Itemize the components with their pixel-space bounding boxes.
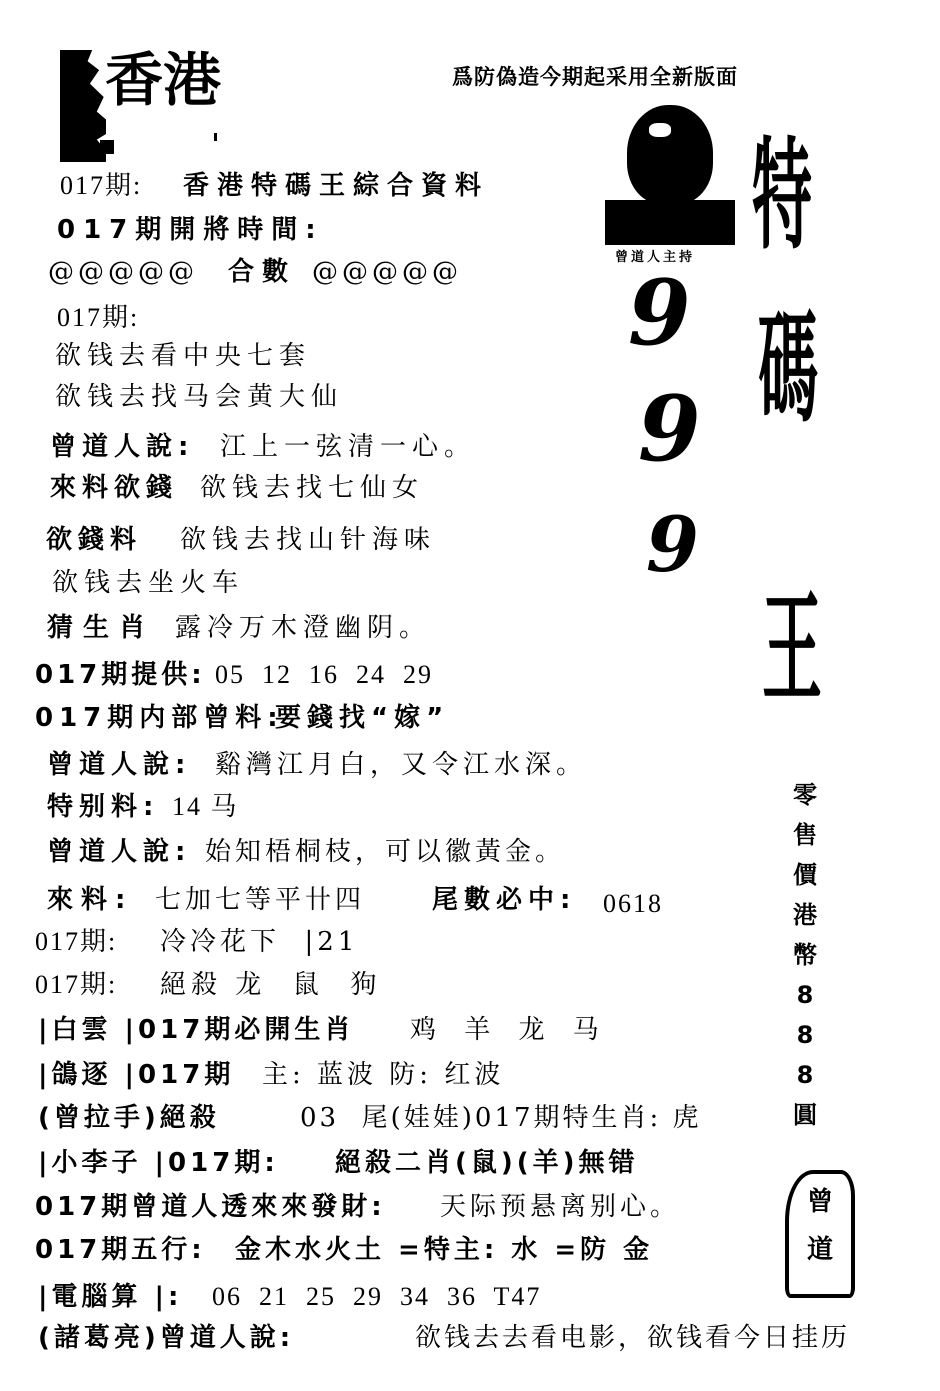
title-char-te: 特 [752, 132, 812, 262]
line-label: 017期開將時間: [57, 214, 324, 246]
line-label: 來料欲錢 [50, 472, 178, 504]
lucky-digit: 9 [638, 384, 701, 474]
price-char: 8 [790, 1015, 820, 1055]
line-text: 天际预悬离别心。 [440, 1191, 680, 1223]
line-label: 曾道人說: [50, 431, 194, 463]
lucky-digit: 9 [646, 500, 699, 590]
line-label: |電腦算 |: [38, 1281, 182, 1313]
portrait-image [605, 105, 735, 245]
line-label: |鴿逐 |017期 [38, 1059, 234, 1091]
line-label: 來料: [47, 884, 133, 916]
line-text: 冷冷花下 |21 [160, 926, 358, 958]
lucky-digit: 9 [628, 268, 691, 358]
price-char: 港 [790, 895, 820, 935]
title-char-ma: 碼 [758, 305, 818, 435]
line-label: |小李子 |017期: [38, 1147, 279, 1179]
line-text: 合數 [228, 256, 296, 288]
line-text: 主: 蓝波 防: 红波 [262, 1059, 504, 1091]
tail-number-label: 尾數必中: [432, 884, 576, 916]
price-char: 8 [790, 975, 820, 1015]
line-text: 金木水火土 =特主: 水 =防 金 [235, 1234, 653, 1266]
line-label: (曾拉手)絕殺 [38, 1102, 220, 1134]
line-text: 谿灣江月白，又令江水深。 [215, 749, 587, 781]
line-text: 露冷万木澄幽阴。 [175, 612, 431, 644]
line-text: 欲钱去找山针海味 [180, 524, 436, 556]
tail-number-value: 0618 [603, 888, 663, 920]
portrait-highlight [649, 123, 671, 137]
logo-title: 香港 [105, 48, 221, 112]
line-label: (諸葛亮)曾道人說: [38, 1322, 294, 1354]
line-label: 017期: [60, 170, 142, 202]
stamp-char: 曾 [789, 1182, 851, 1222]
logo-speck [214, 133, 217, 141]
price-char: 零 [790, 775, 820, 815]
line-text: 始知梧桐枝，可以徽黃金。 [205, 836, 565, 868]
price-char: 圓 [790, 1095, 820, 1135]
line-text: 香港特碼王綜合資料 [183, 170, 489, 202]
line-text: 欲钱去坐火车 [52, 567, 244, 599]
stamp-char: 道 [789, 1230, 851, 1270]
line-label: 017期: [35, 926, 117, 958]
line-text: 欲钱去看中央七套 [55, 340, 311, 372]
line-label: 曾道人說: [47, 749, 191, 781]
line-label: 017期: [35, 969, 117, 1001]
anti-counterfeit-notice: 爲防偽造今期起采用全新版面 [452, 64, 738, 90]
line-text: 欲钱去找七仙女 [200, 472, 424, 504]
line-text: 14 马 [172, 791, 239, 823]
line-text: 絕殺 龙 鼠 狗 [160, 969, 381, 1001]
line-label: 017期五行: [35, 1234, 206, 1266]
line-text: 江上一弦清一心。 [220, 431, 476, 463]
at-symbols: @@@@@ [312, 256, 462, 288]
line-label: 017期内部曾料: [35, 702, 284, 734]
line-text: 03 尾(娃娃)017期特生肖: 虎 [300, 1102, 702, 1134]
logo-speck [100, 140, 114, 154]
line-text: 欲钱去找马会黄大仙 [55, 381, 343, 413]
line-label: 欲錢料 [46, 524, 142, 556]
line-numbers: 05 12 16 24 29 [215, 659, 433, 691]
line-text: 要錢找“嫁” [275, 702, 449, 734]
price-char: 價 [790, 855, 820, 895]
portrait-head [627, 105, 713, 205]
line-label: 017期: [57, 302, 139, 334]
portrait-shoulders [605, 200, 735, 245]
line-label: 017期提供: [35, 659, 206, 691]
line-label: 猜生肖 [47, 612, 155, 644]
line-text: 欲钱去去看电影，欲钱看今日挂历 [415, 1322, 850, 1354]
at-symbols: @@@@@ [48, 256, 198, 288]
price-char: 8 [790, 1055, 820, 1095]
line-label: 特别料: [47, 791, 159, 823]
title-char-wang: 王 [762, 585, 822, 715]
line-text: 鸡 羊 龙 马 [410, 1014, 609, 1046]
line-label: 曾道人說: [47, 836, 191, 868]
line-label: 017期曾道人透來來發財: [35, 1191, 386, 1223]
price-char: 售 [790, 815, 820, 855]
line-text: 七加七等平卄四 [155, 884, 365, 916]
line-label: |白雲 |017期必開生肖 [38, 1014, 354, 1046]
line-text: 絕殺二肖(鼠)(羊)無错 [335, 1147, 639, 1179]
computer-numbers: 06 21 25 29 34 36 T47 [212, 1281, 541, 1313]
seal-stamp: 曾 道 [785, 1170, 855, 1298]
price-char: 幣 [790, 935, 820, 975]
price-vertical-text: 零 售 價 港 幣 8 8 8 圓 [790, 775, 820, 1135]
